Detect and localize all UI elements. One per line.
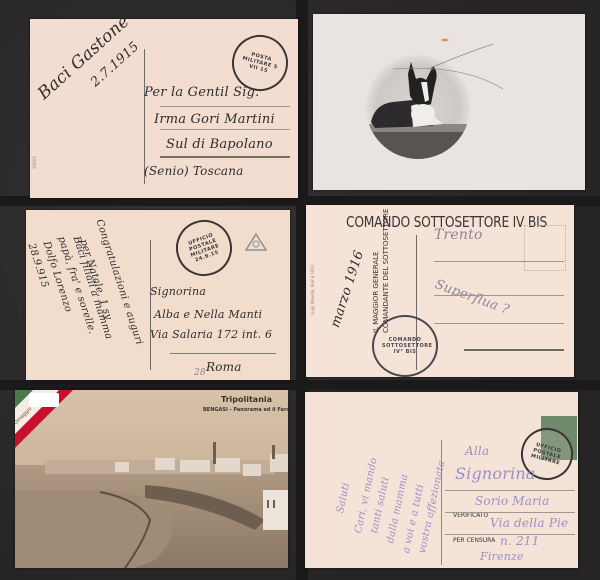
card-caption: BENGASI - Panorama ed il Faro [203,407,288,413]
address-line-4: Via della Pie [490,516,568,530]
postcard-4[interactable]: COMANDO SOTTOSETTORE IV BIS marzo 1916 I… [306,205,574,377]
address-line-1: Alla [465,444,489,458]
address-rule [160,106,290,107]
address-line-4: (Senio) Toscana [144,164,244,178]
address-rule [445,490,575,491]
address-rule [434,323,564,324]
command-seal: COMANDO SOTTOSETTORE IV° BIS [372,315,438,377]
postcard-1[interactable]: Baci Gastone 2.7.1915 POSTA MILITARE 5 V… [30,19,298,198]
message-line-1: Saluti [335,482,352,514]
address-line-2: Alba e Nella Manti [154,308,262,321]
message-date: marzo 1916 [328,249,367,330]
address-divider [150,240,151,370]
postcard-2[interactable] [313,14,585,190]
address-rule [434,261,564,262]
address-line-3: Via Salaria 172 int. 6 [150,328,272,341]
address-divider [441,440,442,565]
address-rule [160,129,290,130]
stamp-placeholder [524,225,566,271]
postcard-5[interactable]: Omaggio Tripolitania BENGASI - Panorama … [15,390,288,568]
vertical-stamp-line-2: COMANDANTE DEL SOTTOSETTORE [382,208,390,333]
white-label-sticker [29,393,59,407]
address-line-3: Sul di Bapolano [166,137,273,152]
address-rule [464,349,564,351]
censor-triangle-mark [244,232,268,252]
address-line-3: Sorio Maria [475,494,549,508]
stamp-number: 28 [194,368,206,378]
postcard-6[interactable]: Saluti Cari, vi mando tanti saluti dalla… [305,392,578,568]
address-line-5: n. 211 [500,534,539,548]
censor-line-1: VERIFICATO [453,512,488,519]
censor-line-2: PER CENSURA [453,537,495,544]
postmark: UFFICIO POSTALE MILITARE 24.9.15 [168,212,240,284]
postcard-3[interactable]: Congratulazioni e auguri per Natale, 1 s… [26,210,290,380]
address-rule [160,156,290,158]
publisher-code: 26003 [32,156,37,169]
bengasi-panorama-image [15,390,288,568]
address-line-6: Firenze [480,550,524,563]
address-line-1: Trento [434,227,483,243]
address-line-1: Per la Gentil Sig. [144,85,259,100]
address-rule [434,295,564,296]
dog-photo-image [313,14,585,190]
vertical-stamp-line-1: IL MAGGIOR GENERALE [372,251,380,333]
address-line-2: Signorina [455,464,536,483]
address-line-2: Superflua ? [433,277,511,318]
publisher-line: Luigi Vanella, Roma 1912 [310,264,315,315]
address-rule [170,353,276,354]
address-rule [445,512,575,513]
card-title: Tripolitania [221,395,272,404]
address-line-4: Roma [206,360,242,374]
address-line-2: Irma Gori Martini [154,112,275,127]
address-line-1: Signorina [150,285,206,298]
